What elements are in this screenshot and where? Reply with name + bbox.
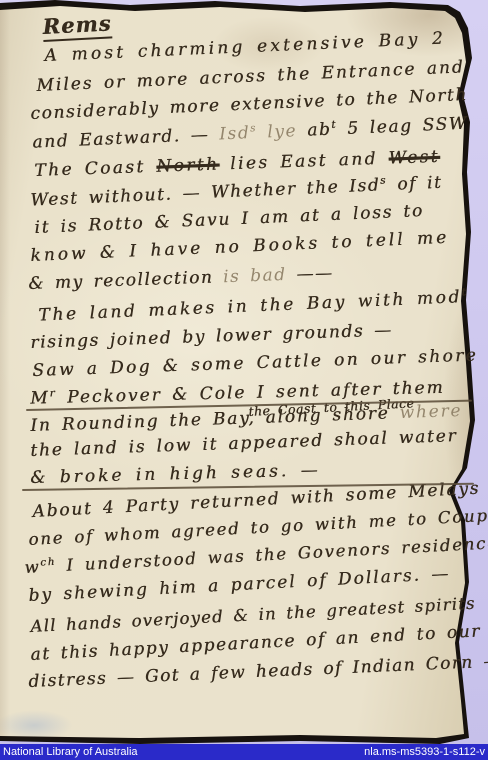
manuscript-heading: Rems <box>42 10 112 42</box>
manuscript-text-segment: Rems <box>42 10 112 39</box>
manuscript-text-segment: is bad <box>223 265 287 287</box>
manuscript-text-layer: RemsA most charming extensive Bay 2Miles… <box>0 0 488 744</box>
manuscript-text-segment: & broke in high seas. — <box>30 460 321 488</box>
manuscript-text-segment: lye <box>257 121 298 143</box>
manuscript-text-segment: of it <box>387 173 443 195</box>
manuscript-text-segment: The land makes in the Bay with mod <box>38 287 462 325</box>
footer-bar: National Library of Australia nla.ms-ms5… <box>0 744 488 760</box>
footer-reference-id: nla.ms-ms5393-1-s112-v <box>364 746 485 758</box>
manuscript-line: & my recollection is bad —— <box>28 263 334 294</box>
manuscript-text-segment: Saw a Dog & some Cattle on our shore <box>32 345 478 381</box>
manuscript-text-segment: w <box>24 557 41 577</box>
manuscript-line: Saw a Dog & some Cattle on our shore <box>32 345 478 381</box>
manuscript-line: The land makes in the Bay with modt <box>38 286 469 325</box>
manuscript-text-segment: ab <box>297 120 332 141</box>
manuscript-text-segment: lies East and <box>219 149 389 175</box>
manuscript-line: & broke in high seas. — <box>30 460 321 488</box>
manuscript-text-segment: M <box>30 388 50 409</box>
struck-text: West <box>388 147 440 169</box>
manuscript-text-segment: —— <box>286 263 334 285</box>
manuscript-viewer: RemsA most charming extensive Bay 2Miles… <box>0 0 488 760</box>
manuscript-text-segment: The Coast <box>34 157 157 181</box>
manuscript-text-segment: & my recollection <box>28 267 224 294</box>
manuscript-text-segment: and Eastward. — <box>32 124 220 152</box>
manuscript-text-segment: 5 leag SSW <box>337 114 468 140</box>
manuscript-text-segment: risings joined by lower grounds — <box>30 320 393 353</box>
manuscript-line: risings joined by lower grounds — <box>30 320 393 353</box>
manuscript-text-segment: ch <box>40 557 56 569</box>
manuscript-text-segment: t <box>461 286 468 298</box>
struck-text: North <box>156 155 220 177</box>
footer-institution-label: National Library of Australia <box>3 746 138 758</box>
manuscript-text-segment: Isd <box>219 123 251 144</box>
manuscript-text-segment: where <box>399 401 462 423</box>
